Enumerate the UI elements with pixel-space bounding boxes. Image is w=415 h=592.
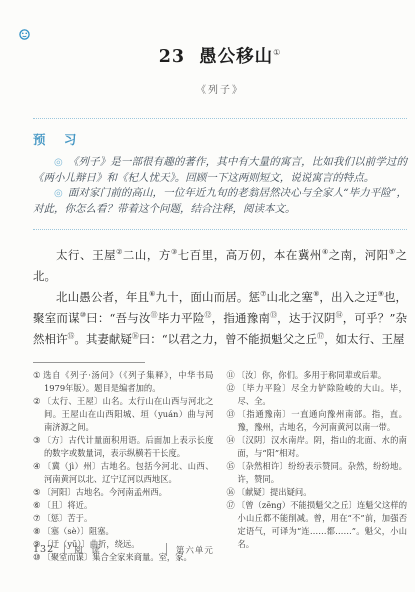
lesson-number: 23 xyxy=(159,47,185,67)
footnote-list-left: ①选自《列子·汤问》（《列子集释》，中华书局1979年版）。题目是编者加的。 ②… xyxy=(33,369,214,564)
preview-item: ◎《列子》是一部很有趣的著作，其中有大量的寓言，比如我们以前学过的《两小儿辩日》… xyxy=(33,155,407,186)
footnote-text: 〔且〕将近。 xyxy=(42,500,92,510)
footnote-number: ⑪ xyxy=(227,370,235,380)
footnote-item: ⑬〔指通豫南〕一直通向豫州南部。指，直。豫，豫州，古地名，今河南黄河以南一带。 xyxy=(227,408,408,434)
footer-unit-label: 第六单元 xyxy=(176,544,214,556)
footnote-number: ⑤ xyxy=(33,487,40,497)
footnotes-section: ①选自《列子·汤问》（《列子集释》，中华书局1979年版）。题目是编者加的。 ②… xyxy=(33,369,407,564)
bullet-icon: ◎ xyxy=(54,188,63,199)
footer-divider xyxy=(166,543,167,556)
footnote-text: 〔塞（sè）〕阻塞。 xyxy=(42,526,113,536)
footnote-text: 〔河阳〕古地名。今河南孟州西。 xyxy=(42,487,166,497)
footnote-number: ⑮ xyxy=(227,461,236,471)
footnote-item: ④〔冀（jì）州〕古地名。包括今河北、山西、河南黄河以北、辽宁辽河以西地区。 xyxy=(33,460,214,486)
source-author: 《列子》 xyxy=(33,81,407,96)
footnote-text: 〔惩〕苦于。 xyxy=(42,513,92,523)
footnote-text: 〔曾（zēng）不能损魁父之丘〕连魁父这样的小山丘都不能削减。曾，用在“不”前，… xyxy=(237,500,407,549)
footnote-number: ⑰ xyxy=(227,500,235,510)
footnote-text: 〔汝〕你，你们。多用于称同辈或后辈。 xyxy=(237,370,386,380)
footnote-number: ⑥ xyxy=(33,500,40,510)
footnote-text: 〔太行、王屋〕山名。太行山在山西与河北之间。王屋山在山西阳城、垣（yuán）曲与… xyxy=(43,396,214,432)
footer-divider xyxy=(64,543,65,556)
footnote-text: 〔献疑〕提出疑问。 xyxy=(237,487,312,497)
footnote-divider xyxy=(33,362,145,363)
main-paragraph: 北山愚公者，年且⑥九十，面山而居。惩⑦山北之塞⑧，出入之迂⑨也，聚室而谋⑩曰：“… xyxy=(33,287,407,350)
footnote-text: 〔冀（jì）州〕古地名。包括今河北、山西、河南黄河以北、辽宁辽河以西地区。 xyxy=(43,461,214,484)
footnote-text: 〔方〕古代计量面积用语。后面加上表示长度的数字或数量词，表示纵横若干长度。 xyxy=(43,435,214,458)
footnote-text: 〔杂然相许〕纷纷表示赞同。杂然，纷纷地。许，赞同。 xyxy=(237,461,407,484)
footnote-item: ⑦〔惩〕苦于。 xyxy=(33,512,214,525)
preview-section: 预 习 ◎《列子》是一部很有趣的著作，其中有大量的寓言，比如我们以前学过的《两小… xyxy=(33,118,407,230)
footnote-item: ⑥〔且〕将近。 xyxy=(33,499,214,512)
footnote-text: 〔毕力平险〕尽全力铲除险峻的大山。毕，尽、全。 xyxy=(237,383,407,406)
smiley-marker-icon xyxy=(19,25,30,36)
footnote-item: ⑤〔河阳〕古地名。今河南孟州西。 xyxy=(33,486,214,499)
footnotes-right-column: ⑪〔汝〕你，你们。多用于称同辈或后辈。 ⑫〔毕力平险〕尽全力铲除险峻的大山。毕，… xyxy=(227,369,408,564)
footnote-item: ②〔太行、王屋〕山名。太行山在山西与河北之间。王屋山在山西阳城、垣（yuán）曲… xyxy=(33,395,214,434)
bullet-icon: ◎ xyxy=(54,157,63,168)
footnote-number: ⑭ xyxy=(227,435,236,445)
footnotes-left-column: ①选自《列子·汤问》（《列子集释》，中华书局1979年版）。题目是编者加的。 ②… xyxy=(33,369,214,564)
page-footer: 132 阅 读 第六单元 xyxy=(33,543,214,556)
textbook-page: 23愚公移山① 《列子》 预 习 ◎《列子》是一部很有趣的著作，其中有大量的寓言… xyxy=(0,0,415,592)
page-title: 23愚公移山① xyxy=(159,47,282,67)
footnote-number: ⑦ xyxy=(33,513,40,523)
preview-items: ◎《列子》是一部很有趣的著作，其中有大量的寓言，比如我们以前学过的《两小儿辩日》… xyxy=(33,155,407,217)
footer-section-label: 阅 读 xyxy=(74,544,103,556)
preview-heading: 预 习 xyxy=(33,130,407,148)
footnote-number: ① xyxy=(33,370,41,380)
preview-item-text: 《列子》是一部很有趣的著作，其中有大量的寓言，比如我们以前学过的《两小儿辩日》和… xyxy=(33,156,407,184)
preview-item: ◎面对家门前的高山，一位年近九旬的老翁居然决心与全家人“毕力平险”，对此，你怎么… xyxy=(33,186,407,217)
footnote-item: ⑮〔杂然相许〕纷纷表示赞同。杂然，纷纷地。许，赞同。 xyxy=(227,460,408,486)
lesson-title-text: 愚公移山 xyxy=(199,47,273,67)
footnote-number: ⑯ xyxy=(227,487,235,497)
preview-item-text: 面对家门前的高山，一位年近九旬的老翁居然决心与全家人“毕力平险”，对此，你怎么看… xyxy=(33,187,407,215)
title-footnote-ref: ① xyxy=(273,48,281,57)
footnote-item: ⑪〔汝〕你，你们。多用于称同辈或后辈。 xyxy=(227,369,408,382)
footnote-item: ⑰〔曾（zēng）不能损魁父之丘〕连魁父这样的小山丘都不能削减。曾，用在“不”前… xyxy=(227,499,408,551)
main-paragraph: 太行、王屋②二山，方③七百里，高万仞，本在冀州④之南，河阳⑤之北。 xyxy=(33,245,407,287)
title-block: 23愚公移山① xyxy=(33,43,407,68)
footnote-text: 〔汉阴〕汉水南岸。阴，指山的北面、水的南面，与“阳”相对。 xyxy=(237,435,407,458)
footnote-item: ③〔方〕古代计量面积用语。后面加上表示长度的数字或数量词，表示纵横若干长度。 xyxy=(33,434,214,460)
footnote-number: ⑬ xyxy=(227,409,236,419)
footnote-item: ⑭〔汉阴〕汉水南岸。阴，指山的北面、水的南面，与“阳”相对。 xyxy=(227,434,408,460)
footnote-number: ③ xyxy=(33,435,41,445)
footnote-number: ⑫ xyxy=(227,383,236,393)
footnote-item: ①选自《列子·汤问》（《列子集释》，中华书局1979年版）。题目是编者加的。 xyxy=(33,369,214,395)
footnote-number: ⑧ xyxy=(33,526,40,536)
footnote-number: ④ xyxy=(33,461,41,471)
main-text: 太行、王屋②二山，方③七百里，高万仞，本在冀州④之南，河阳⑤之北。 北山愚公者，… xyxy=(33,245,407,350)
footnote-text: 选自《列子·汤问》（《列子集释》，中华书局1979年版）。题目是编者加的。 xyxy=(43,370,213,393)
page-number: 132 xyxy=(33,544,54,555)
footnote-item: ⑧〔塞（sè）〕阻塞。 xyxy=(33,525,214,538)
footnote-number: ② xyxy=(33,396,41,406)
footnote-text: 〔指通豫南〕一直通向豫州南部。指，直。豫，豫州，古地名，今河南黄河以南一带。 xyxy=(237,409,407,432)
footnote-item: ⑫〔毕力平险〕尽全力铲除险峻的大山。毕，尽、全。 xyxy=(227,382,408,408)
footnote-list-right: ⑪〔汝〕你，你们。多用于称同辈或后辈。 ⑫〔毕力平险〕尽全力铲除险峻的大山。毕，… xyxy=(227,369,408,551)
footnote-item: ⑯〔献疑〕提出疑问。 xyxy=(227,486,408,499)
